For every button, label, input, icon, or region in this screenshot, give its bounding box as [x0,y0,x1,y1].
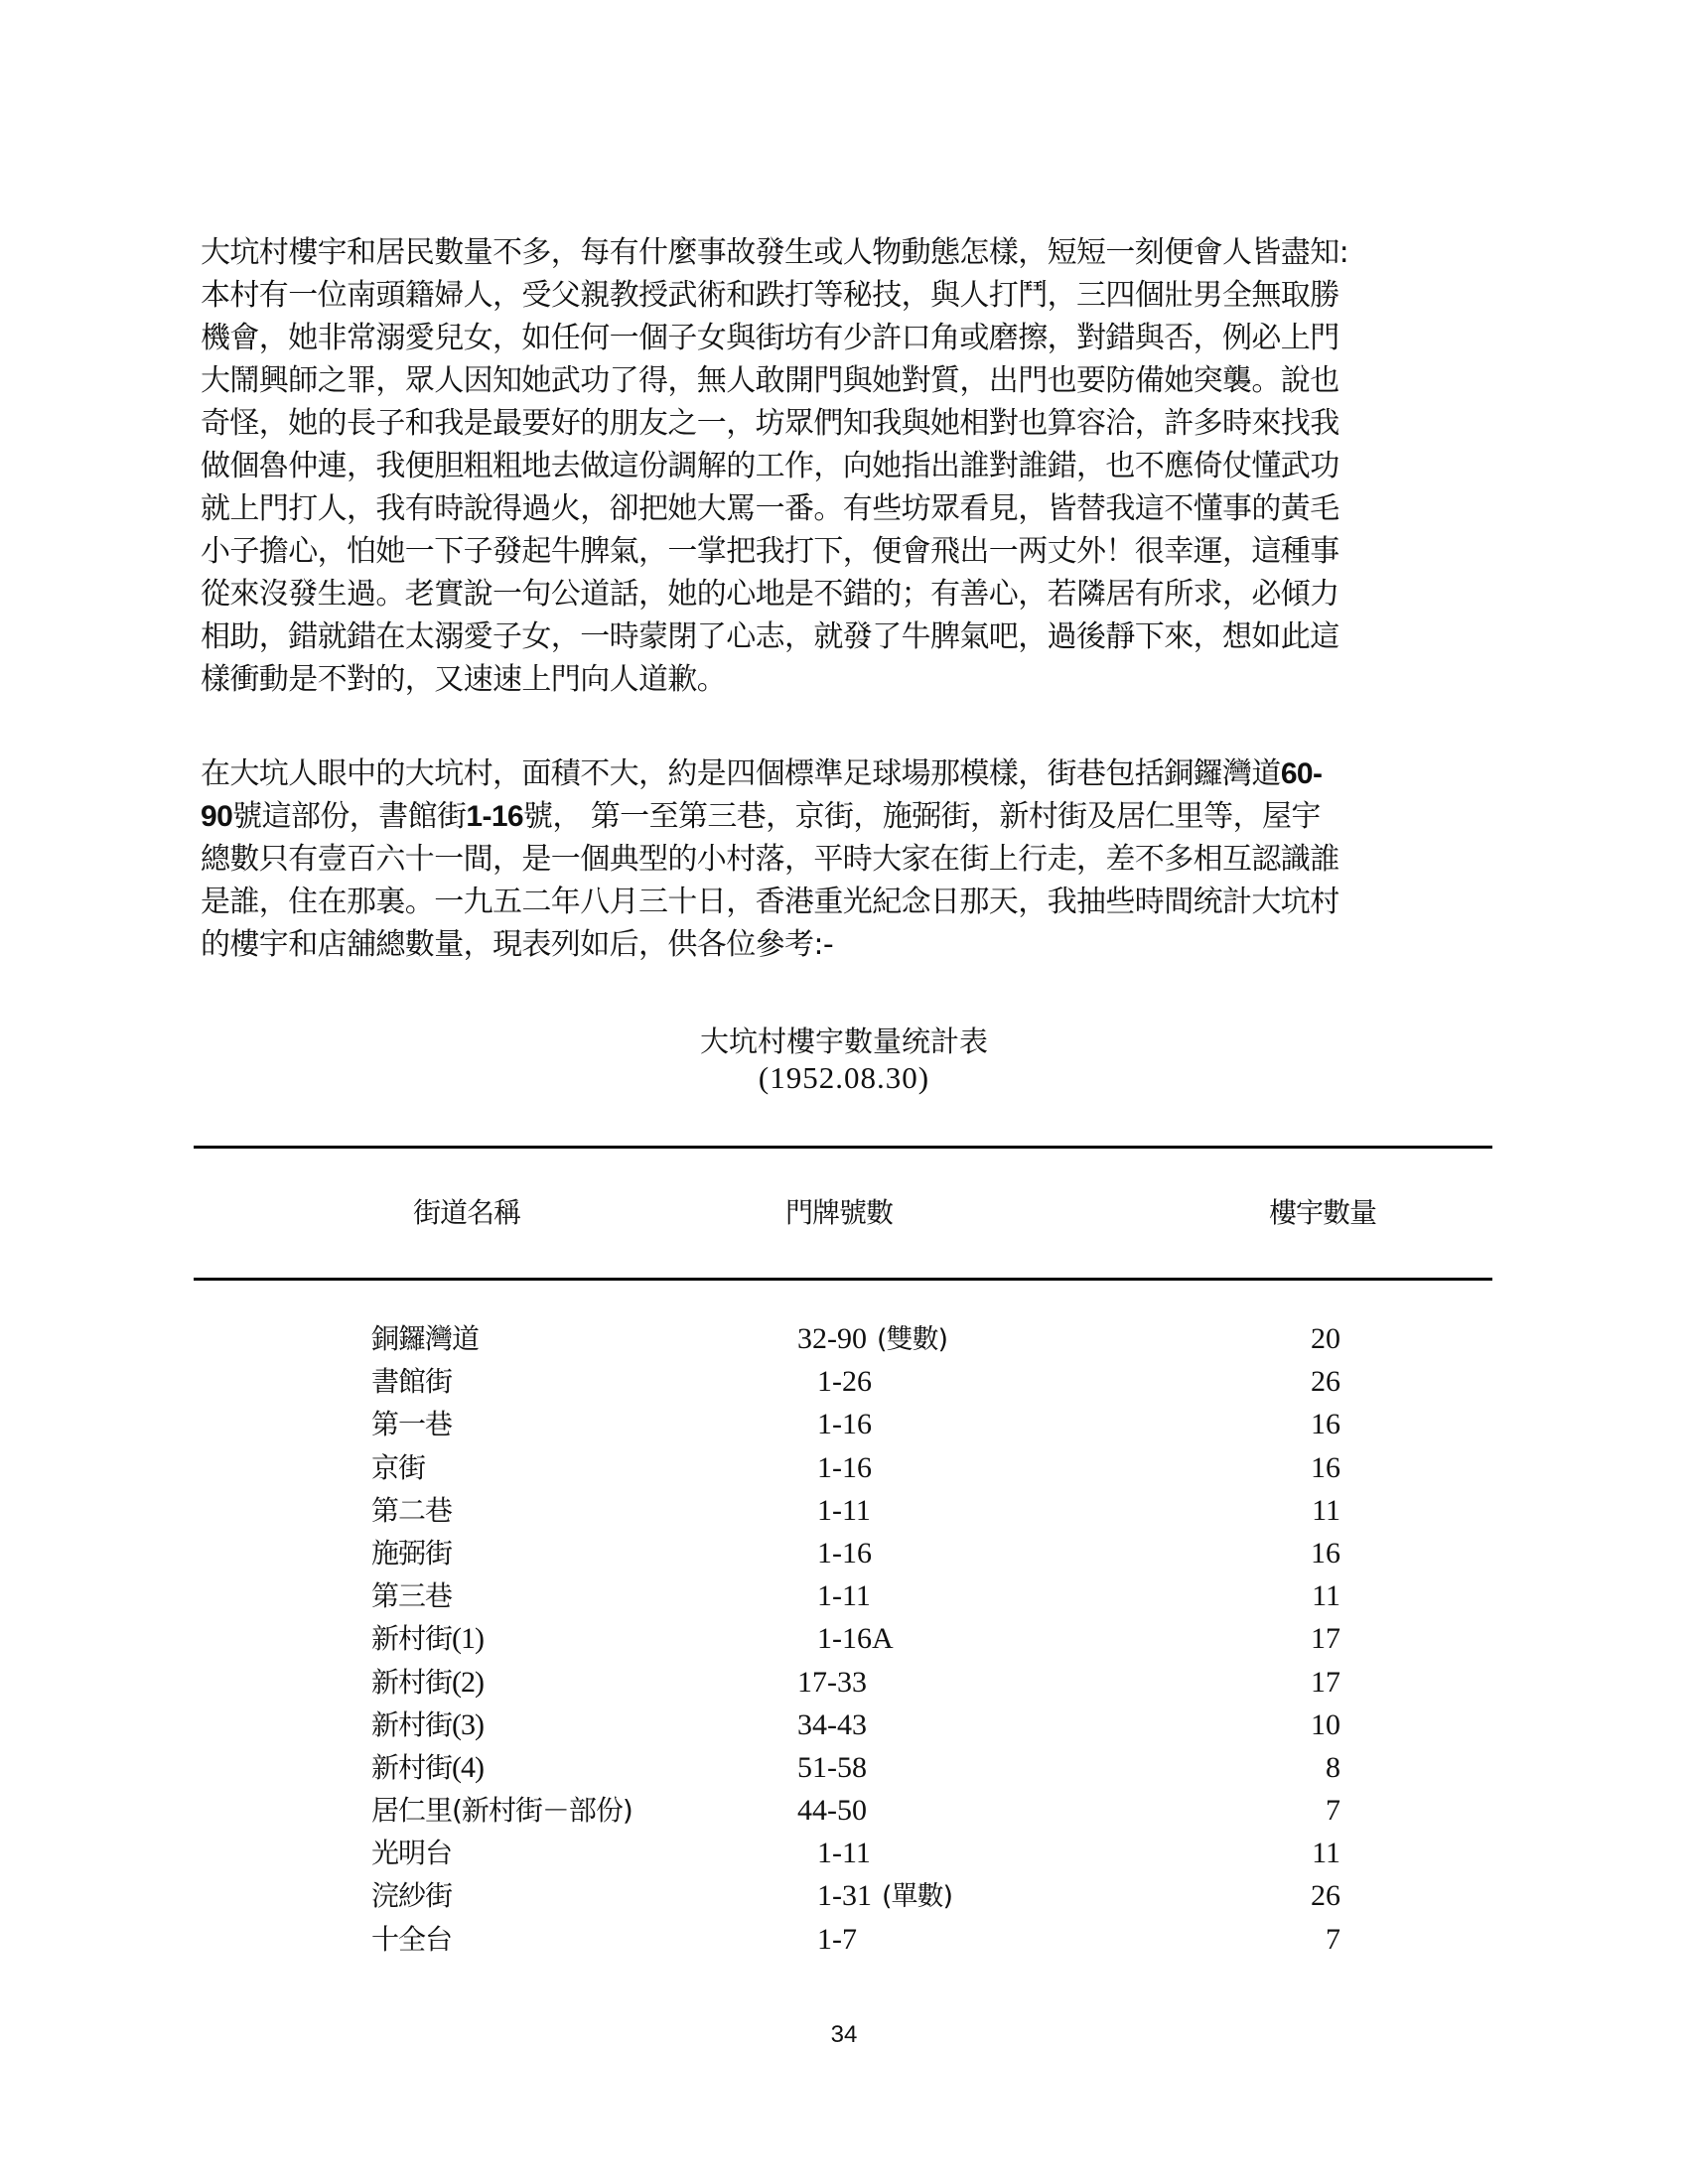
street-section: (3) [452,1708,484,1741]
table-row: 十全台1-77 [0,1918,1688,1961]
street-name-cell: 浣紗街 [371,1874,452,1917]
text-run-latin: 90 [201,800,232,833]
door-number-cell: 1-16 [817,1532,882,1575]
door-number-cell: 1-11 [817,1489,881,1533]
street-name: 浣紗街 [371,1879,452,1912]
street-name: 新村街 [371,1666,452,1699]
street-name-cell: 銅鑼灣道 [371,1317,479,1360]
table-row: 新村街(3)34-4310 [0,1704,1688,1746]
door-range: 1-7 [817,1923,857,1956]
paragraph-2: 在大坑人眼中的大坑村，面積不大，約是四個標準足球場那模樣，街巷包括銅鑼灣道60-… [201,752,1503,966]
door-range: 1-16 [817,1451,872,1484]
text-run-latin: 60- [1281,757,1323,790]
street-name: 居仁里(新村街－部份) [371,1794,633,1827]
door-number-cell: 1-16 [817,1403,882,1446]
table-body: 銅鑼灣道32-90(雙數)20書館街1-2626第一巷1-1616京街1-161… [0,1317,1688,1961]
header-street-name: 街道名稱 [413,1191,520,1231]
text-line: 做個魯仲連，我便胆粗粗地去做這份調解的工作，向她指出誰對誰錯，也不應倚仗懂武功 [201,445,1503,487]
text-run: 號， 第一至第三巷，京街，施弼街，新村街及居仁里等，屋宇 [523,799,1321,834]
building-count-cell: 7 [1326,1918,1340,1961]
building-count-cell: 16 [1311,1532,1340,1574]
street-name: 第一巷 [371,1408,452,1440]
door-number-cell: 1-31(單數) [817,1874,952,1918]
building-count-cell: 7 [1326,1789,1340,1832]
door-number-cell: 1-26 [817,1360,882,1404]
table-row: 第一巷1-1616 [0,1403,1688,1445]
street-name: 新村街 [371,1622,452,1655]
building-count-cell: 8 [1326,1746,1340,1789]
table-row: 新村街(2)17-3317 [0,1661,1688,1704]
street-name-cell: 十全台 [371,1918,452,1961]
door-range: 34-43 [797,1708,867,1741]
header-door-numbers: 門牌號數 [785,1191,893,1231]
text-run: 在大坑人眼中的大坑村，面積不大，約是四個標準足球場那模樣，街巷包括銅鑼灣道 [201,756,1281,791]
street-section: (1) [452,1622,484,1655]
door-range: 1-11 [817,1494,871,1527]
street-name: 新村街 [371,1751,452,1784]
building-count-cell: 11 [1312,1489,1340,1532]
street-name: 銅鑼灣道 [371,1322,479,1355]
building-count-cell: 20 [1311,1317,1340,1360]
door-range: 17-33 [797,1666,867,1699]
table-top-rule [194,1146,1492,1149]
street-name-cell: 新村街(1) [371,1617,484,1660]
text-line: 在大坑人眼中的大坑村，面積不大，約是四個標準足球場那模樣，街巷包括銅鑼灣道60- [201,752,1503,795]
building-count-cell: 11 [1312,1574,1340,1617]
street-name: 施弼街 [371,1537,452,1570]
paragraph-1: 大坑村樓宇和居民數量不多，每有什麼事故發生或人物動態怎樣，短短一刻便會人皆盡知:… [201,231,1503,701]
door-number-cell: 34-43 [797,1704,877,1747]
building-count-cell: 16 [1311,1446,1340,1489]
table-date: (1952.08.30) [0,1060,1688,1096]
door-number-cell: 17-33 [797,1661,877,1705]
door-range: 1-16 [817,1537,872,1570]
table-row: 居仁里(新村街－部份)44-507 [0,1789,1688,1832]
door-number-cell: 51-58 [797,1746,877,1790]
street-name: 書館街 [371,1365,452,1398]
document-page: 大坑村樓宇和居民數量不多，每有什麼事故發生或人物動態怎樣，短短一刻便會人皆盡知:… [0,0,1688,2184]
text-line: 奇怪，她的長子和我是最要好的朋友之一，坊眾們知我與她相對也算容洽，許多時來找我 [201,402,1503,445]
text-line: 大坑村樓宇和居民數量不多，每有什麼事故發生或人物動態怎樣，短短一刻便會人皆盡知: [201,231,1503,274]
street-name-cell: 書館街 [371,1360,452,1403]
text-line: 總數只有壹百六十一間，是一個典型的小村落，平時大家在街上行走，差不多相互認識誰 [201,838,1503,881]
street-name-cell: 京街 [371,1446,425,1489]
street-name-cell: 第一巷 [371,1403,452,1445]
table-row: 銅鑼灣道32-90(雙數)20 [0,1317,1688,1360]
text-line: 本村有一位南頭籍婦人，受父親教授武術和跌打等秘技，與人打鬥，三四個壯男全無取勝 [201,274,1503,317]
street-name: 新村街 [371,1708,452,1741]
text-line: 樣衝動是不對的，又速速上門向人道歉。 [201,658,1503,701]
table-title: 大坑村樓宇數量统計表 [0,1020,1688,1060]
text-line: 小子擔心，怕她一下子發起牛脾氣，一掌把我打下，便會飛出一两丈外！很幸運，這種事 [201,530,1503,573]
street-name: 第三巷 [371,1579,452,1612]
door-range: 1-11 [817,1579,871,1612]
page-number: 34 [0,2021,1688,2049]
door-number-cell: 1-7 [817,1918,867,1962]
building-count-cell: 16 [1311,1403,1340,1445]
door-note: (單數) [882,1881,952,1912]
text-line: 就上門打人，我有時說得過火，卻把她大罵一番。有些坊眾看見，皆替我這不懂事的黃毛 [201,487,1503,530]
table-row: 書館街1-2626 [0,1360,1688,1403]
text-line: 相助，錯就錯在太溺愛子女，一時蒙閉了心志，就發了牛脾氣吧，過後靜下來，想如此這 [201,615,1503,658]
building-count-cell: 10 [1311,1704,1340,1746]
text-line: 大鬧興師之罪，眾人因知她武功了得，無人敢開門與她對質，出門也要防備她突襲。說也 [201,359,1503,402]
street-name: 京街 [371,1451,425,1484]
text-line: 是誰，住在那裏。一九五二年八月三十日，香港重光紀念日那天，我抽些時間统計大坑村 [201,881,1503,923]
door-number-cell: 44-50 [797,1789,877,1833]
door-range: 1-11 [817,1837,871,1869]
table-row: 光明台1-1111 [0,1832,1688,1874]
table-row: 京街1-1616 [0,1446,1688,1489]
building-count-cell: 17 [1311,1617,1340,1660]
door-range: 1-16A [817,1622,894,1655]
table-row: 第三巷1-1111 [0,1574,1688,1617]
text-line: 機會，她非常溺愛兒女，如任何一個子女與街坊有少許口角或磨擦，對錯與否，例必上門 [201,317,1503,359]
door-number-cell: 1-16 [817,1446,882,1490]
door-note: (雙數) [877,1324,947,1355]
door-range: 44-50 [797,1794,867,1827]
header-building-count: 樓宇數量 [1269,1191,1376,1231]
table-header-rule [194,1278,1492,1281]
street-name: 十全台 [371,1923,452,1956]
door-number-cell: 1-11 [817,1832,881,1875]
street-name-cell: 新村街(2) [371,1661,484,1704]
street-name-cell: 新村街(4) [371,1746,484,1789]
door-range: 32-90 [797,1322,867,1355]
door-range: 1-26 [817,1365,872,1398]
building-count-cell: 26 [1311,1360,1340,1403]
street-name-cell: 第二巷 [371,1489,452,1532]
text-run-latin: 1-16 [466,800,523,833]
street-name-cell: 施弼街 [371,1532,452,1574]
street-name-cell: 新村街(3) [371,1704,484,1746]
building-count-cell: 17 [1311,1661,1340,1704]
text-line: 從來沒發生過。老實說一句公道話，她的心地是不錯的；有善心，若隣居有所求，必傾力 [201,573,1503,615]
street-section: (2) [452,1666,484,1699]
building-count-cell: 26 [1311,1874,1340,1917]
street-name-cell: 光明台 [371,1832,452,1874]
street-name: 光明台 [371,1837,452,1869]
door-range: 51-58 [797,1751,867,1784]
door-number-cell: 1-11 [817,1574,881,1618]
door-range: 1-16 [817,1408,872,1440]
street-name-cell: 第三巷 [371,1574,452,1617]
table-row: 施弼街1-1616 [0,1532,1688,1574]
text-line: 90號這部份，書館街1-16號， 第一至第三巷，京街，施弼街，新村街及居仁里等，… [201,795,1503,838]
door-range: 1-31 [817,1879,872,1912]
text-line: 的樓宇和店舖總數量，現表列如后，供各位參考:- [201,923,1503,966]
building-count-cell: 11 [1312,1832,1340,1874]
table-row: 第二巷1-1111 [0,1489,1688,1532]
street-section: (4) [452,1751,484,1784]
table-row: 浣紗街1-31(單數)26 [0,1874,1688,1917]
door-number-cell: 32-90(雙數) [797,1317,947,1361]
text-run: 號這部份，書館街 [232,799,466,834]
street-name-cell: 居仁里(新村街－部份) [371,1789,633,1832]
table-row: 新村街(1)1-16A17 [0,1617,1688,1660]
door-number-cell: 1-16A [817,1617,904,1661]
table-row: 新村街(4)51-588 [0,1746,1688,1789]
street-name: 第二巷 [371,1494,452,1527]
